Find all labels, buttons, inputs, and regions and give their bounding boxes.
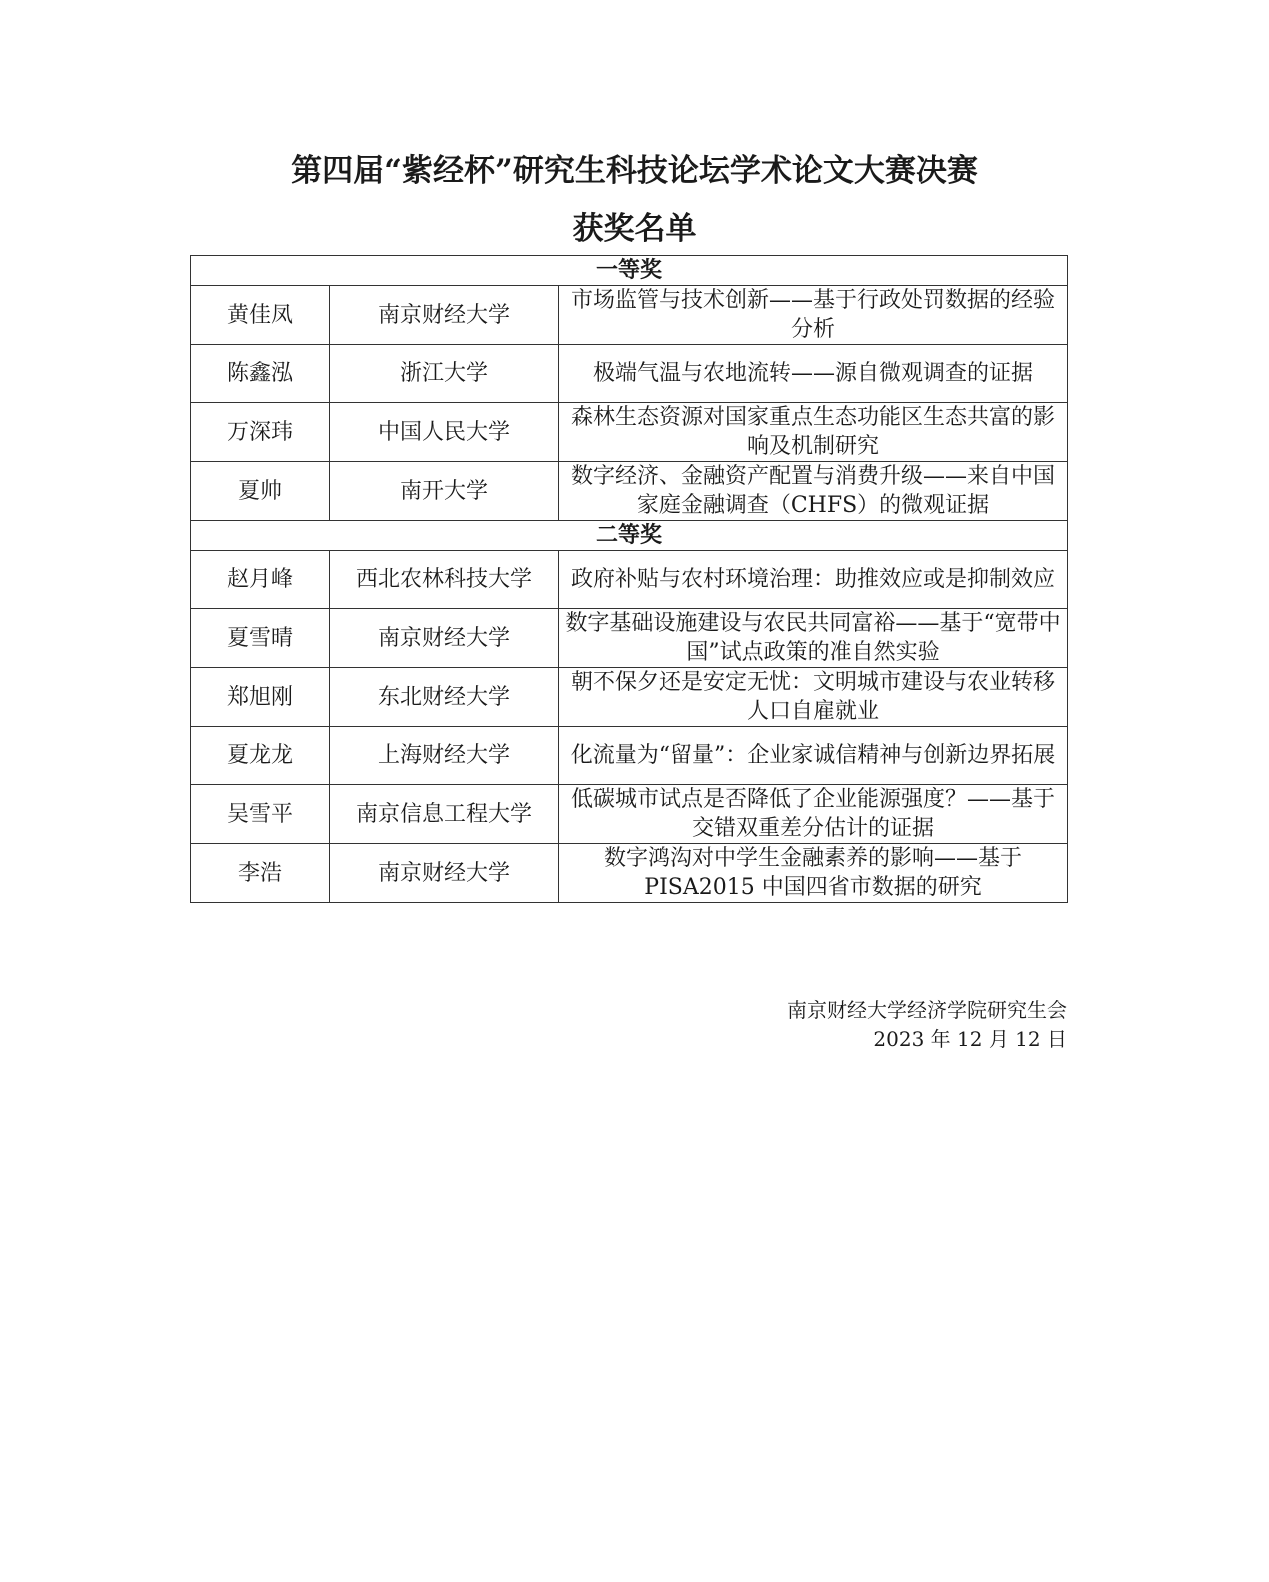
table-row: 夏帅 南开大学 数字经济、金融资产配置与消费升级——来自中国家庭金融调查（CHF… bbox=[191, 462, 1068, 521]
winner-name: 夏帅 bbox=[191, 462, 330, 521]
awards-table: 一等奖 黄佳凤 南京财经大学 市场监管与技术创新——基于行政处罚数据的经验分析 … bbox=[190, 255, 1068, 903]
winner-university: 南开大学 bbox=[330, 462, 559, 521]
winner-university: 南京财经大学 bbox=[330, 286, 559, 345]
winner-name: 夏雪晴 bbox=[191, 609, 330, 668]
winner-university: 西北农林科技大学 bbox=[330, 551, 559, 609]
signature-date: 2023 年 12 月 12 日 bbox=[873, 1023, 1067, 1052]
winner-university: 东北财经大学 bbox=[330, 668, 559, 727]
section-header-first-prize: 一等奖 bbox=[191, 256, 1068, 286]
section-header-second-prize: 二等奖 bbox=[191, 521, 1068, 551]
paper-title: 市场监管与技术创新——基于行政处罚数据的经验分析 bbox=[559, 286, 1068, 345]
document-subtitle: 获奖名单 bbox=[0, 203, 1269, 248]
section-label: 一等奖 bbox=[191, 256, 1068, 286]
paper-title: 政府补贴与农村环境治理：助推效应或是抑制效应 bbox=[559, 551, 1068, 609]
paper-title: 数字基础设施建设与农民共同富裕——基于“宽带中国”试点政策的准自然实验 bbox=[559, 609, 1068, 668]
paper-title: 低碳城市试点是否降低了企业能源强度？——基于交错双重差分估计的证据 bbox=[559, 785, 1068, 844]
table-row: 陈鑫泓 浙江大学 极端气温与农地流转——源自微观调查的证据 bbox=[191, 345, 1068, 403]
winner-university: 中国人民大学 bbox=[330, 403, 559, 462]
section-label: 二等奖 bbox=[191, 521, 1068, 551]
winner-university: 南京财经大学 bbox=[330, 609, 559, 668]
table-row: 黄佳凤 南京财经大学 市场监管与技术创新——基于行政处罚数据的经验分析 bbox=[191, 286, 1068, 345]
table-row: 吴雪平 南京信息工程大学 低碳城市试点是否降低了企业能源强度？——基于交错双重差… bbox=[191, 785, 1068, 844]
winner-name: 陈鑫泓 bbox=[191, 345, 330, 403]
winner-name: 万深玮 bbox=[191, 403, 330, 462]
table-row: 万深玮 中国人民大学 森林生态资源对国家重点生态功能区生态共富的影响及机制研究 bbox=[191, 403, 1068, 462]
winner-university: 上海财经大学 bbox=[330, 727, 559, 785]
table-row: 赵月峰 西北农林科技大学 政府补贴与农村环境治理：助推效应或是抑制效应 bbox=[191, 551, 1068, 609]
winner-university: 南京信息工程大学 bbox=[330, 785, 559, 844]
paper-title: 数字经济、金融资产配置与消费升级——来自中国家庭金融调查（CHFS）的微观证据 bbox=[559, 462, 1068, 521]
document-title: 第四届“紫经杯”研究生科技论坛学术论文大赛决赛 bbox=[0, 145, 1269, 190]
winner-name: 黄佳凤 bbox=[191, 286, 330, 345]
table-row: 郑旭刚 东北财经大学 朝不保夕还是安定无忧：文明城市建设与农业转移人口自雇就业 bbox=[191, 668, 1068, 727]
table-row: 夏雪晴 南京财经大学 数字基础设施建设与农民共同富裕——基于“宽带中国”试点政策… bbox=[191, 609, 1068, 668]
table-row: 李浩 南京财经大学 数字鸿沟对中学生金融素养的影响——基于PISA2015 中国… bbox=[191, 844, 1068, 903]
winner-university: 浙江大学 bbox=[330, 345, 559, 403]
paper-title: 朝不保夕还是安定无忧：文明城市建设与农业转移人口自雇就业 bbox=[559, 668, 1068, 727]
winner-name: 夏龙龙 bbox=[191, 727, 330, 785]
winner-university: 南京财经大学 bbox=[330, 844, 559, 903]
paper-title: 极端气温与农地流转——源自微观调查的证据 bbox=[559, 345, 1068, 403]
paper-title: 数字鸿沟对中学生金融素养的影响——基于PISA2015 中国四省市数据的研究 bbox=[559, 844, 1068, 903]
paper-title: 化流量为“留量”：企业家诚信精神与创新边界拓展 bbox=[559, 727, 1068, 785]
signature-organization: 南京财经大学经济学院研究生会 bbox=[787, 994, 1067, 1023]
winner-name: 吴雪平 bbox=[191, 785, 330, 844]
paper-title: 森林生态资源对国家重点生态功能区生态共富的影响及机制研究 bbox=[559, 403, 1068, 462]
winner-name: 郑旭刚 bbox=[191, 668, 330, 727]
table-row: 夏龙龙 上海财经大学 化流量为“留量”：企业家诚信精神与创新边界拓展 bbox=[191, 727, 1068, 785]
winner-name: 赵月峰 bbox=[191, 551, 330, 609]
winner-name: 李浩 bbox=[191, 844, 330, 903]
